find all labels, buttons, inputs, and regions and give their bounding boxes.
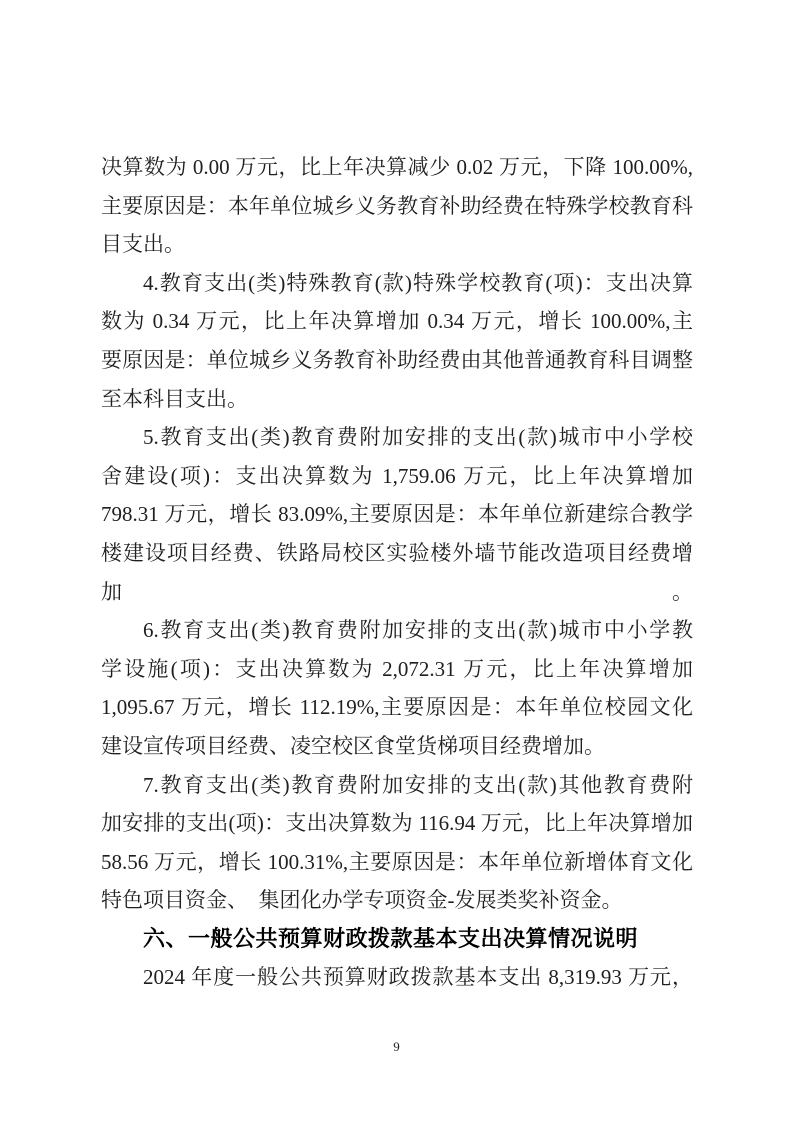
text-line: 学设施(项)：支出决算数为 2,072.31 万元，比上年决算增加 bbox=[101, 650, 693, 689]
text-line: 决算数为 0.00 万元，比上年决算减少 0.02 万元，下降 100.00%, bbox=[101, 148, 693, 187]
page-background: 决算数为 0.00 万元，比上年决算减少 0.02 万元，下降 100.00%,… bbox=[0, 0, 793, 1122]
document-body: 决算数为 0.00 万元，比上年决算减少 0.02 万元，下降 100.00%,… bbox=[101, 148, 693, 997]
text-line: 2024 年度一般公共预算财政拨款基本支出 8,319.93 万元， bbox=[101, 958, 693, 997]
text-line: 特色项目资金、 集团化办学专项资金-发展类奖补资金。 bbox=[101, 881, 693, 920]
text-line: 楼建设项目经费、铁路局校区实验楼外墙节能改造项目经费增加。 bbox=[101, 534, 693, 611]
text-line: 至本科目支出。 bbox=[101, 380, 693, 419]
text-line: 6.教育支出(类)教育费附加安排的支出(款)城市中小学教 bbox=[101, 611, 693, 650]
text-line: 58.56 万元，增长 100.31%,主要原因是：本年单位新增体育文化 bbox=[101, 843, 693, 882]
text-line: 7.教育支出(类)教育费附加安排的支出(款)其他教育费附 bbox=[101, 766, 693, 805]
text-line: 建设宣传项目经费、凌空校区食堂货梯项目经费增加。 bbox=[101, 727, 693, 766]
text-line: 舍建设(项)：支出决算数为 1,759.06 万元，比上年决算增加 bbox=[101, 457, 693, 496]
text-line: 加安排的支出(项)：支出决算数为 116.94 万元，比上年决算增加 bbox=[101, 804, 693, 843]
text-line: 主要原因是：本年单位城乡义务教育补助经费在特殊学校教育科 bbox=[101, 187, 693, 226]
section-heading: 六、一般公共预算财政拨款基本支出决算情况说明 bbox=[101, 920, 693, 959]
text-line: 要原因是：单位城乡义务教育补助经费由其他普通教育科目调整 bbox=[101, 341, 693, 380]
text-line: 4.教育支出(类)特殊教育(款)特殊学校教育(项)：支出决算 bbox=[101, 264, 693, 303]
text-line: 798.31 万元，增长 83.09%,主要原因是：本年单位新建综合教学 bbox=[101, 495, 693, 534]
page-number: 9 bbox=[0, 1039, 793, 1055]
text-line: 目支出。 bbox=[101, 225, 693, 264]
document-page: { "page": { "number": "9" }, "colors": {… bbox=[0, 0, 793, 1122]
text-line: 1,095.67 万元，增长 112.19%,主要原因是：本年单位校园文化 bbox=[101, 688, 693, 727]
text-line: 5.教育支出(类)教育费附加安排的支出(款)城市中小学校 bbox=[101, 418, 693, 457]
text-line: 数为 0.34 万元，比上年决算增加 0.34 万元，增长 100.00%,主 bbox=[101, 302, 693, 341]
